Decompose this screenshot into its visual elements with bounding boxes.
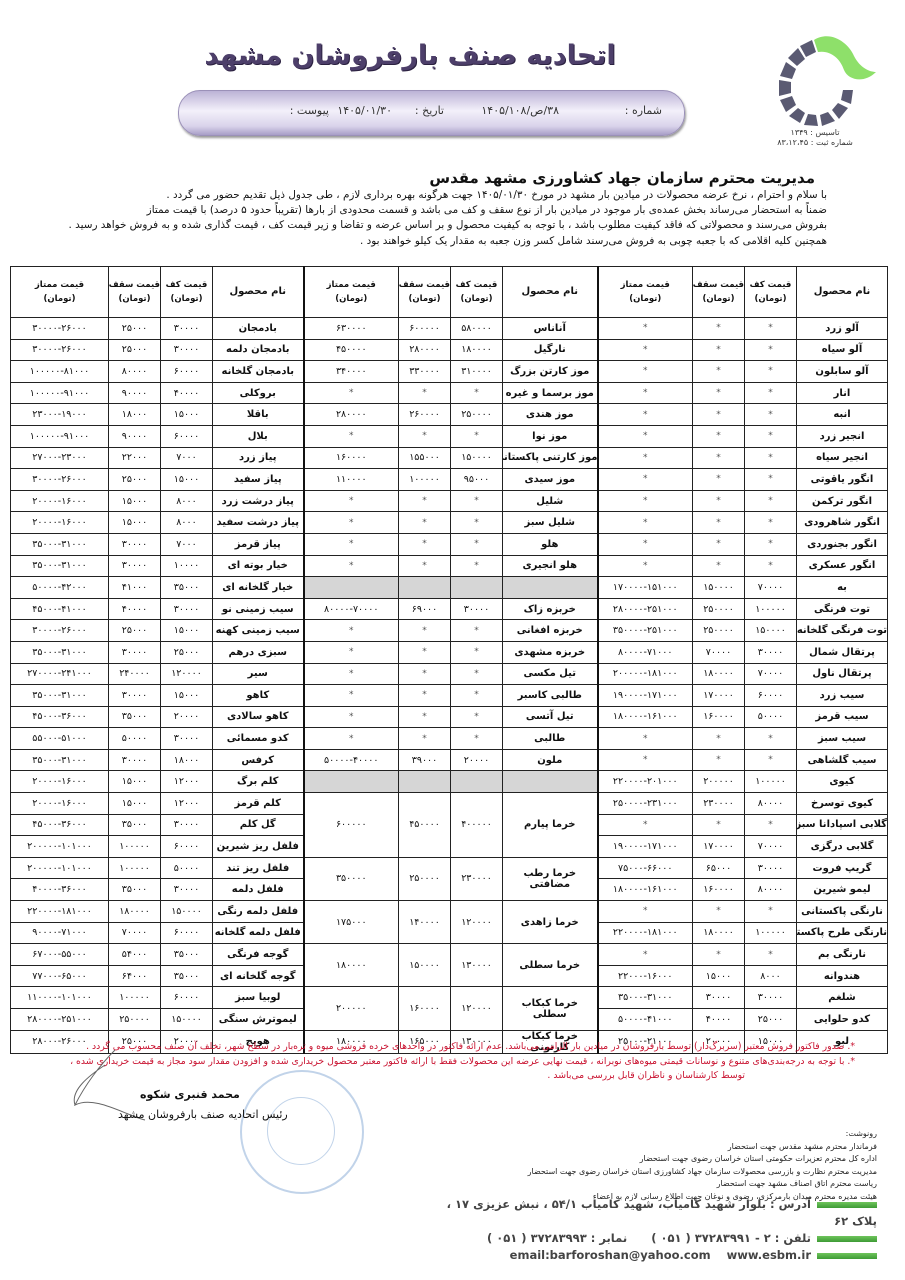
- price-premium: ۱۰۰۰۰۰-۹۱۰۰۰: [11, 382, 109, 404]
- price-floor: *: [745, 728, 797, 750]
- product-name: انبه: [797, 404, 888, 426]
- price-floor: ۱۲۰۰۰: [161, 793, 213, 815]
- price-floor: ۶۰۰۰۰: [161, 425, 213, 447]
- price-floor: ۱۰۰۰۰۰: [745, 598, 797, 620]
- price-premium: ۸۰۰۰۰-۷۰۰۰۰: [304, 598, 399, 620]
- price-premium: ۲۸۰۰۰۰-۲۵۱۰۰۰: [598, 598, 693, 620]
- product-name: نارنگی بم: [797, 944, 888, 966]
- header-ceiling-label: قیمت سقف: [109, 278, 160, 292]
- product-name: خربزه زاک: [503, 598, 598, 620]
- price-ceiling: ۲۸۰۰۰۰: [399, 339, 451, 361]
- price-ceiling: ۳۰۰۰۰: [109, 533, 161, 555]
- product-name: گلابی درگزی: [797, 836, 888, 858]
- price-floor: *: [745, 490, 797, 512]
- price-floor: ۳۵۰۰۰: [161, 577, 213, 599]
- price-floor: *: [745, 814, 797, 836]
- price-premium: ۱۰۰۰۰۰-۹۱۰۰۰: [11, 425, 109, 447]
- product-name: کرفس: [213, 749, 304, 771]
- header-ceiling: قیمت سقف(تومان): [109, 267, 161, 318]
- header-unit-label: (تومان): [693, 292, 744, 306]
- header-premium: قیمت ممتاز(تومان): [304, 267, 399, 318]
- price-floor: ۷۰۰۰۰: [745, 663, 797, 685]
- price-premium: ۳۵۰۰۰-۳۱۰۰۰: [11, 641, 109, 663]
- product-name: موز سیدی: [503, 469, 598, 491]
- price-floor: ۳۱۰۰۰۰: [451, 361, 503, 383]
- price-premium: ۳۴۰۰۰۰: [304, 361, 399, 383]
- intro-paragraph: بفروش می‌رسند و محصولاتی که فاقد کیفیت م…: [7, 218, 827, 233]
- price-floor: *: [451, 382, 503, 404]
- product-name: کیوی توسرخ: [797, 793, 888, 815]
- table-row: کیوی توسرخ۸۰۰۰۰۲۳۰۰۰۰۲۵۰۰۰۰-۲۳۱۰۰۰خرما پ…: [11, 793, 888, 815]
- product-name: آلو سابلون: [797, 361, 888, 383]
- price-floor: ۲۵۰۰۰۰: [451, 404, 503, 426]
- table-row: توت فرنگی۱۰۰۰۰۰۲۵۰۰۰۰۲۸۰۰۰۰-۲۵۱۰۰۰خربزه …: [11, 598, 888, 620]
- price-ceiling: ۱۵۰۰۰: [693, 965, 745, 987]
- price-floor: ۳۰۰۰۰: [161, 318, 213, 340]
- price-floor: ۷۰۰۰: [161, 533, 213, 555]
- price-premium: ۲۵۰۰۰۰-۲۳۱۰۰۰: [598, 793, 693, 815]
- price-premium: ۳۵۰۰۰-۳۱۰۰۰: [11, 685, 109, 707]
- price-premium: ۸۰۰۰۰-۷۱۰۰۰: [598, 641, 693, 663]
- product-name: انجیر سیاه: [797, 447, 888, 469]
- price-ceiling: ۸۰۰۰۰: [109, 361, 161, 383]
- price-premium: *: [598, 469, 693, 491]
- price-floor: ۶۰۰۰۰: [161, 836, 213, 858]
- price-premium: ۲۰۰۰۰۰-۱۰۱۰۰۰: [11, 857, 109, 879]
- product-name: گریپ فروت: [797, 857, 888, 879]
- table-row: پرتقال ناول۷۰۰۰۰۱۸۰۰۰۰۲۰۰۰۰۰-۱۸۱۰۰۰تیل م…: [11, 663, 888, 685]
- table-row: نارنگی پاکستانی***خرما زاهدی۱۲۰۰۰۰۱۴۰۰۰۰…: [11, 901, 888, 923]
- header-unit-label: (تومان): [451, 292, 502, 306]
- price-premium: ۳۵۰۰۰۰: [304, 857, 399, 900]
- price-premium: ۱۸۰۰۰۰-۱۶۱۰۰۰: [598, 879, 693, 901]
- price-premium: *: [598, 749, 693, 771]
- product-name: آناناس: [503, 318, 598, 340]
- price-ceiling: ۹۰۰۰۰: [109, 382, 161, 404]
- table-row: آلو سیاه***نارگیل۱۸۰۰۰۰۲۸۰۰۰۰۴۵۰۰۰۰بادمج…: [11, 339, 888, 361]
- price-floor: ۸۰۰۰: [161, 512, 213, 534]
- price-premium: *: [598, 533, 693, 555]
- price-floor: ۱۸۰۰۰۰: [451, 339, 503, 361]
- price-premium: *: [304, 490, 399, 512]
- number-label: شماره :: [625, 104, 662, 117]
- price-floor: *: [745, 533, 797, 555]
- product-name: خربزه مشهدی: [503, 641, 598, 663]
- price-floor: ۱۲۰۰۰۰: [161, 663, 213, 685]
- price-premium: *: [304, 555, 399, 577]
- price-floor: *: [745, 901, 797, 923]
- attachment-label: پیوست :: [290, 104, 329, 117]
- price-ceiling: ۱۶۰۰۰۰: [693, 879, 745, 901]
- product-name: [503, 577, 598, 599]
- price-premium: ۲۳۰۰۰-۱۹۰۰۰: [11, 404, 109, 426]
- table-row: انگور عسکری***هلو انجیری***خیار بوته ای۱…: [11, 555, 888, 577]
- price-premium: ۳۰۰۰۰-۲۶۰۰۰: [11, 318, 109, 340]
- product-name: موز کارتنی پاکستانی: [503, 447, 598, 469]
- price-ceiling: *: [399, 706, 451, 728]
- price-ceiling: ۱۵۰۰۰۰: [693, 577, 745, 599]
- price-floor: [451, 771, 503, 793]
- price-ceiling: *: [693, 382, 745, 404]
- price-ceiling: ۳۵۰۰۰: [109, 814, 161, 836]
- founded-year: تاسیس : ۱۳۴۹: [745, 128, 885, 138]
- header-product-name: نام محصول: [503, 267, 598, 318]
- price-ceiling: ۴۱۰۰۰: [109, 577, 161, 599]
- product-name: فلفل ریز شیرین: [213, 836, 304, 858]
- product-name: سیر: [213, 663, 304, 685]
- price-floor: ۱۰۰۰۰۰: [745, 922, 797, 944]
- header-premium-label: قیمت ممتاز: [11, 278, 108, 292]
- price-ceiling: ۲۵۰۰۰۰: [693, 598, 745, 620]
- price-premium: ۱۱۰۰۰۰-۱۰۱۰۰۰: [11, 987, 109, 1009]
- product-name: انگور شاهرودی: [797, 512, 888, 534]
- price-ceiling: ۲۵۰۰۰: [109, 620, 161, 642]
- price-premium: ۶۰۰۰۰۰: [304, 793, 399, 858]
- intro-paragraph: همچنین کلیه اقلامی که با جعبه چوبی به فر…: [7, 234, 827, 249]
- price-premium: ۲۷۰۰۰۰-۲۴۱۰۰۰: [11, 663, 109, 685]
- price-floor: *: [745, 361, 797, 383]
- price-premium: ۷۷۰۰۰-۶۵۰۰۰: [11, 965, 109, 987]
- price-premium: ۱۶۰۰۰۰: [304, 447, 399, 469]
- price-premium: ۱۹۰۰۰۰-۱۷۱۰۰۰: [598, 836, 693, 858]
- table-row: آلو زرد***آناناس۵۸۰۰۰۰۶۰۰۰۰۰۶۳۰۰۰۰بادمجا…: [11, 318, 888, 340]
- header-ceiling-label: قیمت سقف: [399, 278, 450, 292]
- product-name: انگور عسکری: [797, 555, 888, 577]
- price-premium: ۳۰۰۰۰-۲۶۰۰۰: [11, 339, 109, 361]
- price-ceiling: *: [693, 749, 745, 771]
- header-premium: قیمت ممتاز(تومان): [598, 267, 693, 318]
- product-name: فلفل دلمه رنگی: [213, 901, 304, 923]
- price-premium: ۱۷۵۰۰۰: [304, 901, 399, 944]
- cc-title: رونوشت:: [397, 1128, 877, 1141]
- price-premium: ۴۵۰۰۰-۳۶۰۰۰: [11, 706, 109, 728]
- price-premium: *: [598, 318, 693, 340]
- product-name: خرما رطب مضافتی: [503, 857, 598, 900]
- price-premium: *: [304, 685, 399, 707]
- price-floor: ۵۰۰۰۰: [161, 857, 213, 879]
- price-ceiling: ۲۵۰۰۰: [109, 339, 161, 361]
- product-name: گوجه فرنگی: [213, 944, 304, 966]
- price-floor: ۱۵۰۰۰: [161, 685, 213, 707]
- product-name: سیب قرمز: [797, 706, 888, 728]
- header-unit-label: (تومان): [109, 292, 160, 306]
- price-floor: *: [745, 749, 797, 771]
- price-floor: *: [745, 339, 797, 361]
- date-value: ۱۴۰۵/۰۱/۳۰: [337, 104, 392, 117]
- price-ceiling: ۱۰۰۰۰۰: [109, 987, 161, 1009]
- price-floor: ۱۵۰۰۰: [161, 620, 213, 642]
- product-name: شلغم: [797, 987, 888, 1009]
- price-ceiling: *: [693, 490, 745, 512]
- price-ceiling: ۲۵۰۰۰: [109, 318, 161, 340]
- price-floor: ۴۰۰۰۰۰: [451, 793, 503, 858]
- price-floor: ۸۰۰۰۰: [745, 879, 797, 901]
- price-floor: *: [745, 382, 797, 404]
- table-row: پرتقال شمال۳۰۰۰۰۷۰۰۰۰۸۰۰۰۰-۷۱۰۰۰خربزه مش…: [11, 641, 888, 663]
- price-ceiling: ۴۵۰۰۰۰: [399, 793, 451, 858]
- price-ceiling: ۱۶۰۰۰۰: [399, 987, 451, 1030]
- org-title: اتحادیه صنف بارفروشان مشهد: [180, 40, 640, 71]
- price-floor: ۱۰۰۰۰: [161, 555, 213, 577]
- price-premium: *: [304, 512, 399, 534]
- price-floor: *: [451, 620, 503, 642]
- price-premium: *: [598, 944, 693, 966]
- price-floor: *: [451, 490, 503, 512]
- price-premium: ۹۰۰۰۰-۷۱۰۰۰: [11, 922, 109, 944]
- price-premium: ۳۵۰۰۰-۳۱۰۰۰: [11, 749, 109, 771]
- product-name: پیاز زرد: [213, 447, 304, 469]
- price-floor: *: [451, 641, 503, 663]
- cc-item: مدیریت محترم نظارت و بازرسی محصولات سازم…: [397, 1166, 877, 1179]
- price-premium: ۱۷۰۰۰۰-۱۵۱۰۰۰: [598, 577, 693, 599]
- product-name: لوبیا سبز: [213, 987, 304, 1009]
- price-floor: ۳۰۰۰۰: [745, 987, 797, 1009]
- price-floor: ۷۰۰۰۰: [745, 836, 797, 858]
- product-name: فلفل ریز تند: [213, 857, 304, 879]
- product-name: آلو زرد: [797, 318, 888, 340]
- intro-paragraph: ضمناً به استحضار می‌رساند بخش عمده‌ی بار…: [7, 203, 827, 218]
- price-ceiling: *: [693, 425, 745, 447]
- price-ceiling: [399, 771, 451, 793]
- price-ceiling: ۱۸۰۰۰۰: [693, 922, 745, 944]
- product-name: خرما پیارم: [503, 793, 598, 858]
- price-premium: *: [598, 339, 693, 361]
- price-ceiling: *: [693, 901, 745, 923]
- product-name: پیاز سفید: [213, 469, 304, 491]
- price-ceiling: ۳۵۰۰۰: [109, 879, 161, 901]
- product-name: طالبی: [503, 728, 598, 750]
- price-floor: ۱۰۰۰۰۰: [745, 771, 797, 793]
- union-logo-icon: [760, 32, 880, 128]
- price-premium: *: [598, 447, 693, 469]
- product-name: بروکلی: [213, 382, 304, 404]
- header-ceiling: قیمت سقف(تومان): [693, 267, 745, 318]
- table-row: سیب زرد۶۰۰۰۰۱۷۰۰۰۰۱۹۰۰۰۰-۱۷۱۰۰۰طالبی کاس…: [11, 685, 888, 707]
- header-unit-label: (تومان): [161, 292, 212, 306]
- price-ceiling: ۴۰۰۰۰: [109, 598, 161, 620]
- product-name: انجیر زرد: [797, 425, 888, 447]
- price-ceiling: ۲۵۰۰۰: [109, 469, 161, 491]
- price-premium: *: [598, 361, 693, 383]
- price-floor: ۳۰۰۰۰: [745, 641, 797, 663]
- price-premium: ۳۵۰۰۰۰-۲۵۱۰۰۰: [598, 620, 693, 642]
- price-premium: ۶۳۰۰۰۰: [304, 318, 399, 340]
- price-ceiling: ۳۳۰۰۰۰: [399, 361, 451, 383]
- product-name: سبزی درهم: [213, 641, 304, 663]
- green-bar-icon: [817, 1236, 877, 1242]
- price-floor: *: [451, 728, 503, 750]
- price-floor: ۱۵۰۰۰۰: [451, 447, 503, 469]
- number-value: ۳۸/ص/۱۴۰۵/۱۰۸: [481, 104, 559, 117]
- price-ceiling: ۲۳۰۰۰۰: [693, 793, 745, 815]
- header-premium-label: قیمت ممتاز: [305, 278, 399, 292]
- price-premium: ۳۰۰۰۰-۲۶۰۰۰: [11, 620, 109, 642]
- price-ceiling: ۷۰۰۰۰: [693, 641, 745, 663]
- price-ceiling: ۶۹۰۰۰: [399, 598, 451, 620]
- price-floor: ۳۵۰۰۰: [161, 965, 213, 987]
- product-name: سیب سبز: [797, 728, 888, 750]
- price-floor: *: [745, 512, 797, 534]
- price-premium: ۲۸۰۰۰۰: [304, 404, 399, 426]
- price-ceiling: [399, 577, 451, 599]
- reference-bar: شماره : ۳۸/ص/۱۴۰۵/۱۰۸ تاریخ : ۱۴۰۵/۰۱/۳۰…: [178, 90, 685, 136]
- price-ceiling: ۶۴۰۰۰: [109, 965, 161, 987]
- price-ceiling: ۱۰۰۰۰۰: [399, 469, 451, 491]
- price-premium: ۴۵۰۰۰-۴۱۰۰۰: [11, 598, 109, 620]
- price-ceiling: ۱۷۰۰۰۰: [693, 685, 745, 707]
- price-ceiling: ۲۴۰۰۰۰: [109, 663, 161, 685]
- table-row: به۷۰۰۰۰۱۵۰۰۰۰۱۷۰۰۰۰-۱۵۱۰۰۰خیار گلخانه ای…: [11, 577, 888, 599]
- price-floor: ۲۰۰۰۰: [451, 749, 503, 771]
- product-name: تیل مکسی: [503, 663, 598, 685]
- price-premium: *: [304, 641, 399, 663]
- price-floor: ۳۰۰۰۰: [161, 598, 213, 620]
- header-unit-label: (تومان): [11, 292, 108, 306]
- price-floor: ۳۰۰۰۰: [451, 598, 503, 620]
- product-name: کدو حلوایی: [797, 1009, 888, 1031]
- price-ceiling: ۱۵۰۰۰: [109, 771, 161, 793]
- table-row: سیب سبز***طالبی***کدو مسمائی۳۰۰۰۰۵۰۰۰۰۵۵…: [11, 728, 888, 750]
- official-stamp: [240, 1070, 364, 1194]
- price-floor: ۱۳۰۰۰۰: [451, 944, 503, 987]
- product-name: پیاز قرمز: [213, 533, 304, 555]
- price-premium: ۲۰۰۰۰-۱۶۰۰۰: [11, 512, 109, 534]
- header-unit-label: (تومان): [305, 292, 399, 306]
- product-name: آلو سیاه: [797, 339, 888, 361]
- product-name: کلم برگ: [213, 771, 304, 793]
- price-ceiling: ۱۰۰۰۰۰: [109, 857, 161, 879]
- product-name: موز نوا: [503, 425, 598, 447]
- addressee: مدیریت محترم سازمان جهاد کشاورزی مشهد مق…: [429, 169, 815, 187]
- product-name: طالبی کاسبر: [503, 685, 598, 707]
- table-row: سیب گلشاهی***ملون۲۰۰۰۰۳۹۰۰۰۵۰۰۰۰-۴۰۰۰۰کر…: [11, 749, 888, 771]
- product-name: پرتقال ناول: [797, 663, 888, 685]
- product-name: هندوانه: [797, 965, 888, 987]
- price-ceiling: *: [693, 728, 745, 750]
- price-ceiling: ۳۰۰۰۰: [693, 987, 745, 1009]
- price-floor: ۲۵۰۰۰: [745, 1009, 797, 1031]
- product-name: نارنگی طرح پاکستانی: [797, 922, 888, 944]
- price-premium: ۱۸۰۰۰۰: [304, 944, 399, 987]
- price-table: نام محصولقیمت کف(تومان)قیمت سقف(تومان)قی…: [10, 266, 888, 1054]
- price-premium: *: [304, 728, 399, 750]
- cc-item: اداره کل محترم تعزیرات حکومتی استان خراس…: [397, 1153, 877, 1166]
- price-ceiling: ۳۵۰۰۰: [109, 706, 161, 728]
- table-row: انجیر زرد***موز نوا***بلال۶۰۰۰۰۹۰۰۰۰۱۰۰۰…: [11, 425, 888, 447]
- product-name: سیب زرد: [797, 685, 888, 707]
- price-premium: *: [598, 404, 693, 426]
- price-premium: *: [598, 490, 693, 512]
- price-ceiling: *: [693, 447, 745, 469]
- price-floor: ۶۰۰۰۰: [161, 361, 213, 383]
- price-premium: *: [598, 425, 693, 447]
- price-ceiling: ۱۶۰۰۰۰: [693, 706, 745, 728]
- price-premium: ۳۵۰۰۰-۳۱۰۰۰: [11, 533, 109, 555]
- cc-item: فرماندار محترم مشهد مقدس جهت استحضار: [397, 1141, 877, 1154]
- price-floor: ۳۵۰۰۰: [161, 944, 213, 966]
- price-ceiling: ۱۴۰۰۰۰: [399, 901, 451, 944]
- price-floor: ۵۸۰۰۰۰: [451, 318, 503, 340]
- price-floor: ۵۰۰۰۰: [745, 706, 797, 728]
- product-name: [503, 771, 598, 793]
- cc-item: ریاست محترم اتاق اصناف مشهد جهت استحضار: [397, 1178, 877, 1191]
- price-premium: ۱۹۰۰۰۰-۱۷۱۰۰۰: [598, 685, 693, 707]
- price-ceiling: ۴۰۰۰۰: [693, 1009, 745, 1031]
- price-ceiling: *: [693, 533, 745, 555]
- header-product-name: نام محصول: [213, 267, 304, 318]
- price-ceiling: ۱۸۰۰۰۰: [693, 663, 745, 685]
- product-name: لیموترش سنگی: [213, 1009, 304, 1031]
- product-name: انگور ترکمن: [797, 490, 888, 512]
- table-row: نارنگی بم***خرما سطلی۱۳۰۰۰۰۱۵۰۰۰۰۱۸۰۰۰۰گ…: [11, 944, 888, 966]
- product-name: گل کلم: [213, 814, 304, 836]
- product-name: فلفل دلمه گلخانه: [213, 922, 304, 944]
- product-name: لیمو شیرین: [797, 879, 888, 901]
- price-premium: ۲۲۰۰۰-۱۶۰۰۰: [598, 965, 693, 987]
- price-premium: ۲۷۰۰۰-۲۳۰۰۰: [11, 447, 109, 469]
- price-floor: ۲۳۰۰۰۰: [451, 857, 503, 900]
- price-premium: ۵۵۰۰۰-۵۱۰۰۰: [11, 728, 109, 750]
- table-row: شلغم۳۰۰۰۰۳۰۰۰۰۳۵۰۰۰-۳۱۰۰۰خرما کبکاب سطلی…: [11, 987, 888, 1009]
- green-bar-icon: [817, 1202, 877, 1208]
- price-ceiling: ۳۰۰۰۰: [109, 641, 161, 663]
- product-name: توت فرنگی: [797, 598, 888, 620]
- product-name: پیاز درشت زرد: [213, 490, 304, 512]
- table-row: انگور یاقوتی***موز سیدی۹۵۰۰۰۱۰۰۰۰۰۱۱۰۰۰۰…: [11, 469, 888, 491]
- price-floor: ۱۵۰۰۰۰: [161, 901, 213, 923]
- date-label: تاریخ :: [415, 104, 444, 117]
- price-premium: ۲۰۰۰۰۰-۱۸۱۰۰۰: [598, 663, 693, 685]
- price-premium: ۶۷۰۰۰-۵۵۰۰۰: [11, 944, 109, 966]
- product-name: موز هندی: [503, 404, 598, 426]
- header-floor-label: قیمت کف: [451, 278, 502, 292]
- price-ceiling: ۱۸۰۰۰۰: [109, 901, 161, 923]
- price-floor: ۴۰۰۰۰: [161, 382, 213, 404]
- price-premium: ۵۰۰۰۰-۴۱۰۰۰: [598, 1009, 693, 1031]
- email-link[interactable]: email:barforoshan@yahoo.com: [510, 1248, 711, 1262]
- product-name: سیب گلشاهی: [797, 749, 888, 771]
- price-ceiling: *: [693, 404, 745, 426]
- table-row: گریپ فروت۳۰۰۰۰۶۵۰۰۰۷۵۰۰۰-۶۶۰۰۰خرما رطب م…: [11, 857, 888, 879]
- price-ceiling: *: [693, 339, 745, 361]
- price-ceiling: *: [693, 318, 745, 340]
- header-unit-label: (تومان): [745, 292, 796, 306]
- price-floor: *: [745, 404, 797, 426]
- table-row: کیوی۱۰۰۰۰۰۲۰۰۰۰۰۲۲۰۰۰۰-۲۰۱۰۰۰کلم برگ۱۲۰۰…: [11, 771, 888, 793]
- price-premium: ۳۵۰۰۰-۳۱۰۰۰: [598, 987, 693, 1009]
- product-name: خربزه افغانی: [503, 620, 598, 642]
- header-floor: قیمت کف(تومان): [451, 267, 503, 318]
- website-link[interactable]: www.esbm.ir: [727, 1248, 811, 1262]
- address: آدرس : بلوار شهید کامیاب، شهید کامیاب ۵۴…: [447, 1197, 877, 1228]
- product-name: شلیل سبز: [503, 512, 598, 534]
- header-floor-label: قیمت کف: [745, 278, 796, 292]
- price-ceiling: ۱۸۰۰۰: [109, 404, 161, 426]
- cc-list: رونوشت: فرماندار محترم مشهد مقدس جهت است…: [397, 1128, 877, 1204]
- price-premium: ۲۰۰۰۰۰: [304, 987, 399, 1030]
- price-floor: ۶۰۰۰۰: [161, 922, 213, 944]
- product-name: پیاز درشت سفید: [213, 512, 304, 534]
- table-row: آلو سابلون***موز کارتن بزرگ۳۱۰۰۰۰۳۳۰۰۰۰۳…: [11, 361, 888, 383]
- price-premium: ۱۱۰۰۰۰: [304, 469, 399, 491]
- price-premium: *: [598, 555, 693, 577]
- price-ceiling: ۹۰۰۰۰: [109, 425, 161, 447]
- registration-number: شماره ثبت : ۸۳،۱۲،۴۵: [745, 138, 885, 148]
- product-name: تیل آتسی: [503, 706, 598, 728]
- price-ceiling: *: [399, 382, 451, 404]
- product-name: موز کارتن بزرگ: [503, 361, 598, 383]
- header-premium-label: قیمت ممتاز: [599, 278, 693, 292]
